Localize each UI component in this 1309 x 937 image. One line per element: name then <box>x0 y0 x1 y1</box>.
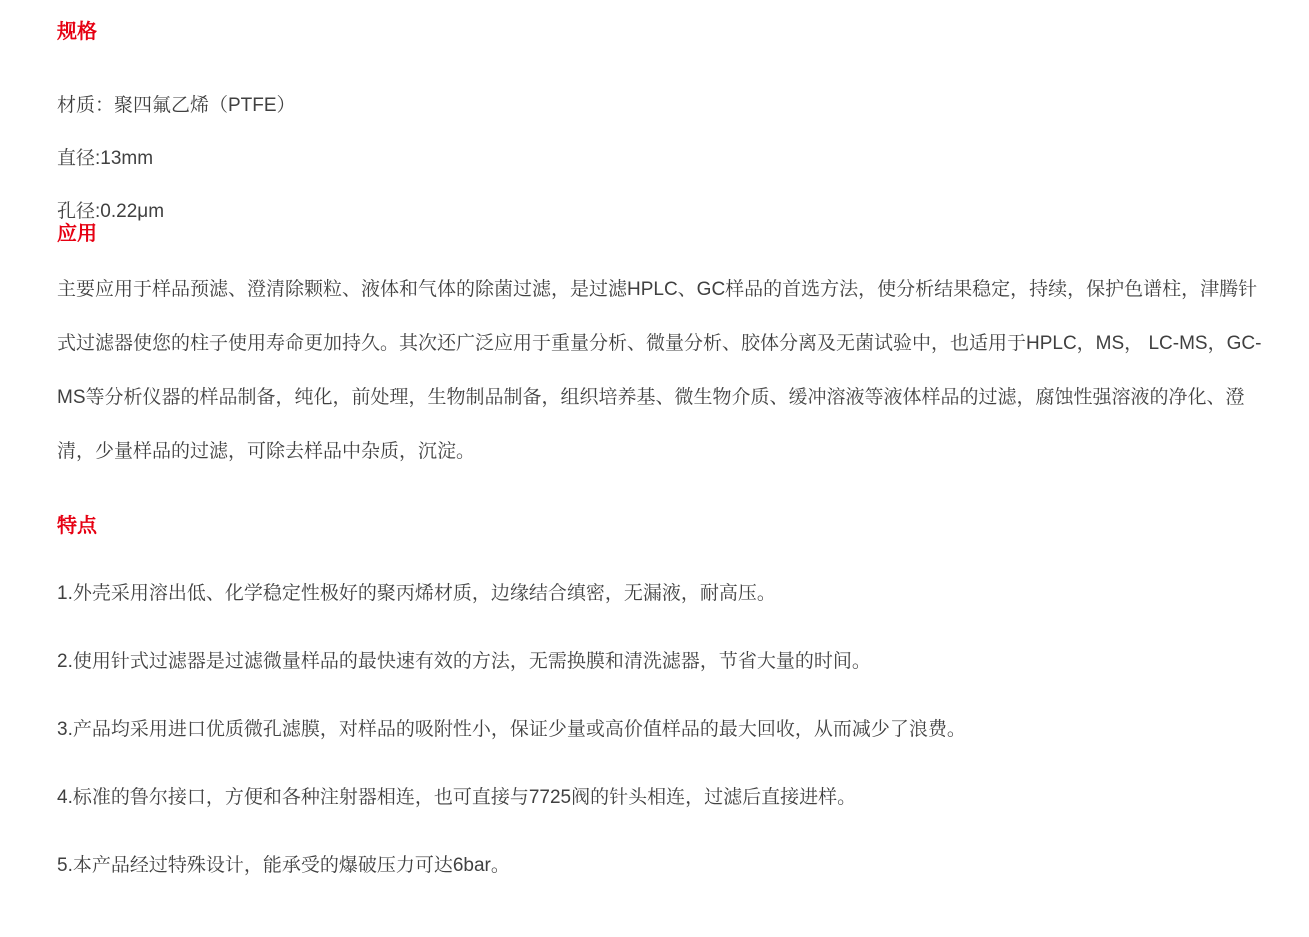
feature-item-2: 2.使用针式过滤器是过滤微量样品的最快速有效的方法，无需换膜和清洗滤器，节省大量… <box>57 651 1265 673</box>
section-application: 应用 主要应用于样品预滤、澄清除颗粒、液体和气体的除菌过滤，是过滤HPLC、GC… <box>57 223 1265 479</box>
features-section-title: 特点 <box>57 515 1265 537</box>
section-features: 特点 1.外壳采用溶出低、化学稳定性极好的聚丙烯材质，边缘结合缜密，无漏液，耐高… <box>57 515 1265 877</box>
section-specs: 规格 材质：聚四氟乙烯（PTFE） 直径:13mm 孔径:0.22μm <box>57 21 1265 223</box>
feature-item-5: 5.本产品经过特殊设计，能承受的爆破压力可达6bar。 <box>57 855 1265 877</box>
product-detail-document: 规格 材质：聚四氟乙烯（PTFE） 直径:13mm 孔径:0.22μm 应用 主… <box>0 0 1309 907</box>
spec-diameter: 直径:13mm <box>57 148 1265 170</box>
feature-item-1: 1.外壳采用溶出低、化学稳定性极好的聚丙烯材质，边缘结合缜密，无漏液，耐高压。 <box>57 583 1265 605</box>
application-paragraph: 主要应用于样品预滤、澄清除颗粒、液体和气体的除菌过滤，是过滤HPLC、GC样品的… <box>57 263 1265 479</box>
spec-material: 材质：聚四氟乙烯（PTFE） <box>57 95 1265 117</box>
specs-section-title: 规格 <box>57 21 1265 43</box>
application-section-title: 应用 <box>57 223 1265 245</box>
feature-item-3: 3.产品均采用进口优质微孔滤膜，对样品的吸附性小，保证少量或高价值样品的最大回收… <box>57 719 1265 741</box>
spec-pore-size: 孔径:0.22μm <box>57 201 1265 223</box>
feature-item-4: 4.标准的鲁尔接口，方便和各种注射器相连，也可直接与7725阀的针头相连，过滤后… <box>57 787 1265 809</box>
